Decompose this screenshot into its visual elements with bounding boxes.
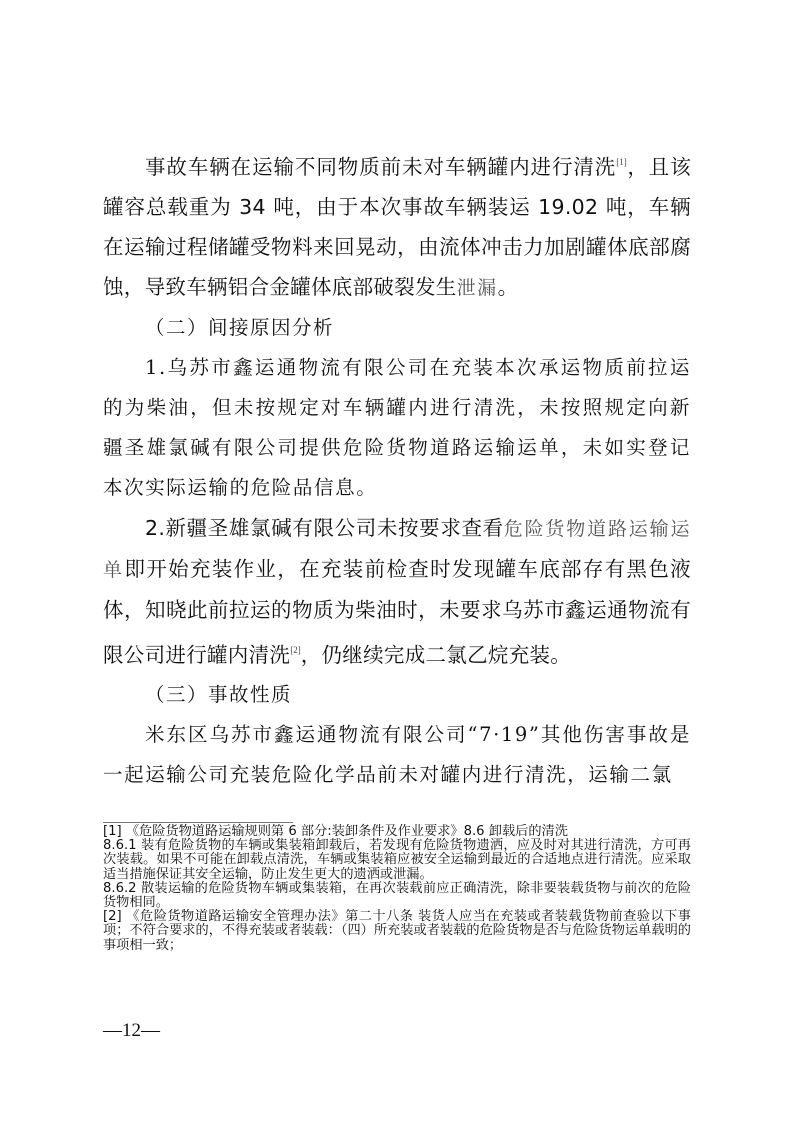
footnote-1-clause-8-6-1: 8.6.1 装有危险货物的车辆或集装箱卸载后，若发现有危险货物遗洒，应及时对其进… <box>103 839 691 882</box>
paragraph-accident-nature: 米东区乌苏市鑫运通物流有限公司“7·19”其他伤害事故是一起运输公司充装危险化学… <box>103 715 691 795</box>
paragraph-indirect-cause-2: 2.新疆圣雄氯碱有限公司未按要求查看危险货物道路运输运单即开始充装作业，在充装前… <box>103 508 691 675</box>
paragraph-text: ，仍继续完成二氯乙烷充装。 <box>301 643 571 667</box>
paragraph-indirect-cause-1: 1.乌苏市鑫运通物流有限公司在充装本次承运物质前拉运的为柴油，但未按规定对车辆罐… <box>103 348 691 508</box>
section-heading-accident-nature: （三）事故性质 <box>103 675 691 715</box>
footnote-1-clause-8-6-2: 8.6.2 散装运输的危险货物车辆或集装箱，在再次装载前应正确清洗，除非要装载货… <box>103 882 691 910</box>
paragraph-text: 2.新疆圣雄氯碱有限公司未按要求查看 <box>145 516 504 540</box>
section-heading-indirect-cause: （二）间接原因分析 <box>103 308 691 348</box>
paragraph-text-light: 泄漏 <box>457 277 498 299</box>
footnote-separator <box>103 822 293 823</box>
paragraph-direct-cause: 事故车辆在运输不同物质前未对车辆罐内进行清洗[1]，且该罐容总载重为 34 吨，… <box>103 142 691 308</box>
paragraph-text: 。 <box>498 275 519 299</box>
main-body: 事故车辆在运输不同物质前未对车辆罐内进行清洗[1]，且该罐容总载重为 34 吨，… <box>103 142 691 795</box>
footnote-ref-1[interactable]: [1] <box>616 157 627 167</box>
paragraph-text: 事故车辆在运输不同物质前未对车辆罐内进行清洗 <box>145 155 616 179</box>
footnotes: [1] 《危险货物道路运输规则第 6 部分:装卸条件及作业要求》8.6 卸载后的… <box>103 825 691 953</box>
document-page: 事故车辆在运输不同物质前未对车辆罐内进行清洗[1]，且该罐容总载重为 34 吨，… <box>0 0 793 1122</box>
footnote-ref-2[interactable]: [2] <box>290 645 301 655</box>
footnote-2: [2] 《危险货物道路运输安全管理办法》第二十八条 装货人应当在充装或者装载货物… <box>103 910 691 953</box>
page-number: —12— <box>103 1020 160 1042</box>
